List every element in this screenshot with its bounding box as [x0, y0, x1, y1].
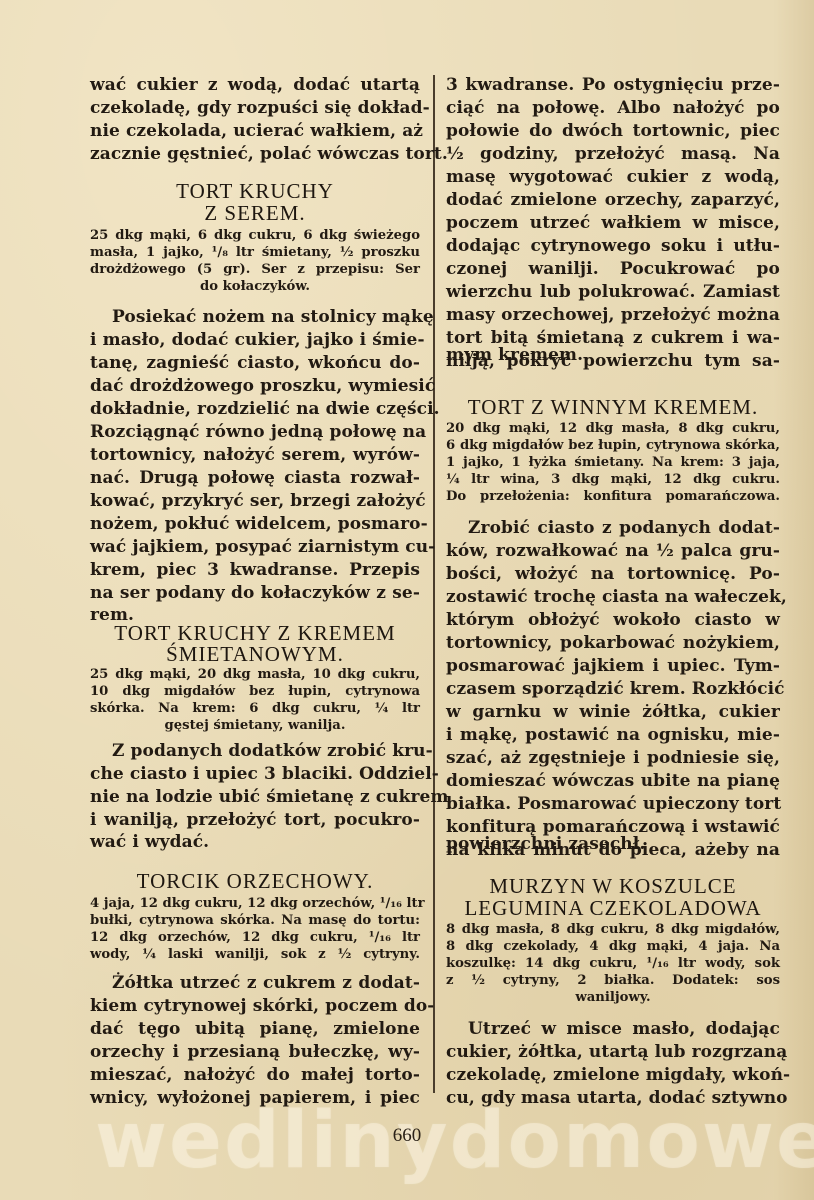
- recipe-title: LEGUMINA CZEKOLADOWA: [446, 897, 780, 919]
- text-line: czasem sporządzić krem. Rozkłócić: [446, 678, 780, 700]
- text-line: Zrobić ciasto z podanych dodat-: [446, 517, 780, 539]
- ingredients-line: 8 dkg czekolady, 4 dkg mąki, 4 jaja. Na: [446, 939, 780, 955]
- ingredients-line: ¼ ltr wina, 3 dkg mąki, 12 dkg cukru.: [446, 472, 780, 488]
- recipe-title: TORT KRUCHY: [90, 180, 420, 202]
- text-line: mym kremem.: [446, 344, 780, 366]
- ingredients-line: koszulkę: 14 dkg cukru, ¹/₁₆ ltr wody, s…: [446, 956, 780, 972]
- ingredients-line: drożdżowego (5 gr). Ser z przepisu: Ser: [90, 262, 420, 278]
- ingredients-line: 1 jajko, 1 łyżka śmietany. Na krem: 3 ja…: [446, 455, 780, 471]
- text-line: zacznie gęstnieć, polać wówczas tort.: [90, 143, 420, 165]
- text-line: kiem cytrynowej skórki, poczem do-: [90, 995, 420, 1017]
- text-line: nie czekolada, ucierać wałkiem, aż: [90, 120, 420, 142]
- recipe-title: Z SEREM.: [90, 202, 420, 224]
- text-line: posmarować jajkiem i upiec. Tym-: [446, 655, 780, 677]
- text-line: Posiekać nożem na stolnicy mąkę: [90, 306, 420, 328]
- text-line: i wanilją, przełożyć tort, pocukro-: [90, 809, 420, 831]
- recipe-title: MURZYN W KOSZULCE: [446, 875, 780, 897]
- ingredients-line: 6 dkg migdałów bez łupin, cytrynowa skór…: [446, 438, 780, 454]
- text-line: połowie do dwóch tortownic, piec: [446, 120, 780, 142]
- text-line: poczem utrzeć wałkiem w misce,: [446, 212, 780, 234]
- ingredients-line: do kołaczyków.: [90, 279, 420, 295]
- text-line: masę wygotować cukier z wodą,: [446, 166, 780, 188]
- text-line: Rozciągnąć równo jedną połowę na: [90, 421, 420, 443]
- text-line: w garnku w winie żółtka, cukier: [446, 701, 780, 723]
- ingredients-line: Do przełożenia: konfitura pomarańczowa.: [446, 489, 780, 505]
- text-line: szać, aż zgęstnieje i podniesie się,: [446, 747, 780, 769]
- text-line: którym obłożyć wokoło ciasto w: [446, 609, 780, 631]
- recipe-title: TORT KRUCHY Z KREMEM: [90, 622, 420, 644]
- ingredients-line: skórka. Na krem: 6 dkg cukru, ¼ ltr: [90, 701, 420, 717]
- text-line: ciąć na połowę. Albo nałożyć po: [446, 97, 780, 119]
- recipe-title: TORT Z WINNYM KREMEM.: [446, 396, 780, 418]
- ingredients-line: z ½ cytryny, 2 białka. Dodatek: sos: [446, 973, 780, 989]
- text-line: nać. Drugą połowę ciasta rozwał-: [90, 467, 420, 489]
- ingredients-line: bułki, cytrynowa skórka. Na masę do tort…: [90, 913, 420, 929]
- ingredients-line: 25 dkg mąki, 20 dkg masła, 10 dkg cukru,: [90, 667, 420, 683]
- ingredients-line: 10 dkg migdałów bez łupin, cytrynowa: [90, 684, 420, 700]
- text-line: krem, piec 3 kwadranse. Przepis: [90, 559, 420, 581]
- text-line: che ciasto i upiec 3 blaciki. Oddziel-: [90, 763, 420, 785]
- text-line: Z podanych dodatków zrobić kru-: [90, 740, 420, 762]
- text-line: wnicy, wyłożonej papierem, i piec: [90, 1087, 420, 1109]
- text-line: wać i wydać.: [90, 831, 420, 853]
- text-line: domieszać wówczas ubite na pianę: [446, 770, 780, 792]
- ingredients-line: waniljowy.: [446, 990, 780, 1006]
- text-line: bości, włożyć na tortownicę. Po-: [446, 563, 780, 585]
- text-line: dodając cytrynowego soku i utłu-: [446, 235, 780, 257]
- text-line: na ser podany do kołaczyków z se-: [90, 582, 420, 604]
- book-page: wedlinydomowe.pl wać cukier z wodą, doda…: [0, 0, 814, 1200]
- text-line: tortownicy, nałożyć serem, wyrów-: [90, 444, 420, 466]
- text-line: 3 kwadranse. Po ostygnięciu prze-: [446, 74, 780, 96]
- text-line: wać jajkiem, posypać ziarnistym cu-: [90, 536, 420, 558]
- ingredients-line: 25 dkg mąki, 6 dkg cukru, 6 dkg świeżego: [90, 228, 420, 244]
- text-line: orzechy i przesianą bułeczkę, wy-: [90, 1041, 420, 1063]
- text-line: i masło, dodać cukier, jajko i śmie-: [90, 329, 420, 351]
- text-line: wierzchu lub polukrować. Zamiast: [446, 281, 780, 303]
- ingredients-line: 20 dkg mąki, 12 dkg masła, 8 dkg cukru,: [446, 421, 780, 437]
- text-line: wać cukier z wodą, dodać utartą: [90, 74, 420, 96]
- text-line: kować, przykryć ser, brzegi założyć: [90, 490, 420, 512]
- text-line: ½ godziny, przełożyć masą. Na: [446, 143, 780, 165]
- text-line: tortownicy, pokarbować nożykiem,: [446, 632, 780, 654]
- ingredients-line: 12 dkg orzechów, 12 dkg cukru, ¹/₁₆ ltr: [90, 930, 420, 946]
- text-line: białka. Posmarować upieczony tort: [446, 793, 780, 815]
- text-line: czekoladę, zmielone migdały, wkoń-: [446, 1064, 780, 1086]
- text-line: dać tęgo ubitą pianę, zmielone: [90, 1018, 420, 1040]
- text-line: dokładnie, rozdzielić na dwie części.: [90, 398, 420, 420]
- text-line: Utrzeć w misce masło, dodając: [446, 1018, 780, 1040]
- text-line: nożem, pokłuć widelcem, posmaro-: [90, 513, 420, 535]
- text-line: powierzchni zasechł.: [446, 833, 780, 855]
- ingredients-line: 8 dkg masła, 8 dkg cukru, 8 dkg migdałów…: [446, 922, 780, 938]
- text-line: cukier, żółtka, utartą lub rozgrzaną: [446, 1041, 780, 1063]
- text-line: i mąkę, postawić na ognisku, mie-: [446, 724, 780, 746]
- ingredients-line: gęstej śmietany, wanilja.: [90, 718, 420, 734]
- text-line: czekoladę, gdy rozpuści się dokład-: [90, 97, 420, 119]
- ingredients-line: masła, 1 jajko, ¹/₈ ltr śmietany, ½ pros…: [90, 245, 420, 261]
- text-line: tanę, zagnieść ciasto, wkońcu do-: [90, 352, 420, 374]
- text-line: ków, rozwałkować na ½ palca gru-: [446, 540, 780, 562]
- recipe-title: ŚMIETANOWYM.: [90, 643, 420, 665]
- page-number: 660: [0, 1125, 814, 1147]
- text-line: mieszać, nałożyć do małej torto-: [90, 1064, 420, 1086]
- column-divider: [433, 75, 435, 1093]
- text-line: cu, gdy masa utarta, dodać sztywno: [446, 1087, 780, 1109]
- text-line: czonej wanilji. Pocukrować po: [446, 258, 780, 280]
- text-line: zostawić trochę ciasta na wałeczek,: [446, 586, 780, 608]
- ingredients-line: 4 jaja, 12 dkg cukru, 12 dkg orzechów, ¹…: [90, 896, 420, 912]
- recipe-title: TORCIK ORZECHOWY.: [90, 870, 420, 892]
- text-line: dać drożdżowego proszku, wymiesić: [90, 375, 420, 397]
- text-line: masy orzechowej, przełożyć można: [446, 304, 780, 326]
- ingredients-line: wody, ¼ laski wanilji, sok z ½ cytryny.: [90, 947, 420, 963]
- text-line: nie na lodzie ubić śmietanę z cukrem: [90, 786, 420, 808]
- text-line: dodać zmielone orzechy, zaparzyć,: [446, 189, 780, 211]
- text-line: Żółtka utrzeć z cukrem z dodat-: [90, 972, 420, 994]
